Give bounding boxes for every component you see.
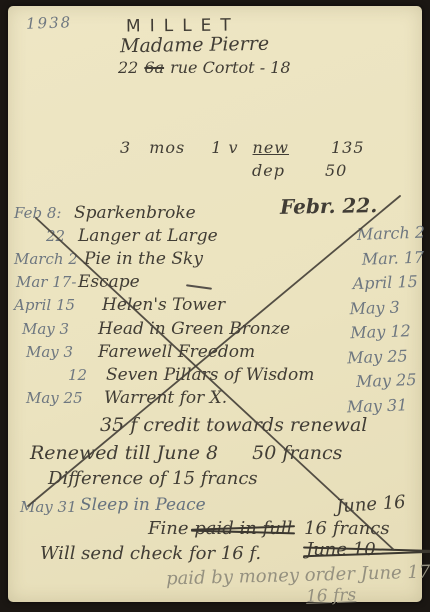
renewal-text: Renewed till June 8 [30, 442, 218, 464]
book-title: Langer at Large [78, 226, 218, 246]
member-name: Madame Pierre [120, 33, 269, 58]
borrow-date: March 2 [14, 250, 84, 268]
term-fee: 135 [331, 138, 365, 157]
borrow-date: May 25 [26, 389, 104, 407]
term-volumes: 1 v [211, 138, 238, 157]
subscription-terms-row: 3mos1 vnew135 [120, 138, 365, 157]
fine-struck-text: paid in full [194, 518, 292, 539]
borrow-date: 22 [46, 227, 78, 245]
term-plan: new [253, 138, 289, 157]
book-title: Head in Green Bronze [98, 319, 290, 339]
deposit-row: dep50 [252, 161, 347, 180]
fine-note: Fine paid in full 16 francs [148, 518, 390, 539]
stray-pen-mark [186, 284, 212, 290]
deposit-value: 50 [325, 161, 347, 180]
borrow-row: Mar 17-Escape [16, 272, 140, 292]
borrow-row: 12Seven Pillars of Wisdom [68, 365, 314, 385]
fine-label: Fine [148, 518, 189, 539]
borrow-date: April 15 [14, 296, 102, 314]
book-title: Farewell Freedom [98, 342, 255, 362]
book-title: Sparkenbroke [74, 203, 196, 223]
borrow-date: May 3 [26, 343, 98, 361]
book-title: Seven Pillars of Wisdom [106, 365, 314, 385]
term-months: 3 [120, 138, 131, 157]
difference-note: Difference of 15 francs [48, 468, 258, 489]
return-date: Mar. 17 [361, 247, 420, 274]
return-dates-column: March 2 Mar. 17 April 15 May 3 May 12 Ma… [345, 223, 426, 421]
library-lending-card: 1938 MILLET Madame Pierre 226arue Cortot… [8, 6, 422, 602]
address-street: rue Cortot - 18 [170, 58, 290, 77]
year-label: 1938 [26, 13, 73, 33]
borrow-date: 12 [68, 366, 106, 384]
book-title: Sleep in Peace [80, 495, 206, 515]
return-date: May 12 [350, 321, 423, 348]
borrow-row: Feb 8:Sparkenbroke [14, 203, 196, 223]
borrow-date: May 31 [20, 498, 77, 516]
term-months-label: mos [149, 138, 185, 157]
subscription-date: Febr. 22. [280, 193, 378, 219]
deposit-label: dep [252, 161, 285, 180]
return-date: May 25 [347, 345, 424, 372]
renewal-amount: 50 francs [252, 442, 342, 464]
borrow-row: 22Langer at Large [46, 226, 218, 246]
return-date: June 16 [335, 492, 406, 518]
renewal-note: Renewed till June 850 francs [30, 442, 342, 464]
check-struck-date: June 10 [306, 539, 430, 560]
borrow-row: May 3Farewell Freedom [26, 342, 255, 362]
borrow-row: May 25Warrent for X. [26, 388, 227, 408]
book-title: Pie in the Sky [84, 249, 203, 269]
payment-note: paid by money order June 17 [166, 562, 430, 590]
return-date: March 2 [357, 223, 420, 250]
return-date: May 3 [349, 296, 422, 323]
borrow-row: April 15Helen's Tower [14, 295, 225, 315]
address-struck-part: 6a [144, 58, 164, 77]
credit-note: 35 f credit towards renewal [100, 414, 367, 436]
book-title: Escape [78, 272, 140, 292]
member-address: 226arue Cortot - 18 [118, 58, 291, 77]
borrow-row: May 3Head in Green Bronze [22, 319, 290, 339]
address-number: 22 [118, 58, 138, 77]
fine-amount: 16 francs [304, 518, 390, 539]
book-title: Warrent for X. [104, 388, 227, 408]
borrow-date: Feb 8: [14, 204, 74, 222]
return-date: May 25 [356, 370, 425, 397]
borrow-date: May 3 [22, 320, 98, 338]
book-title: Helen's Tower [102, 295, 225, 315]
borrow-date: Mar 17- [16, 273, 78, 291]
borrow-row: March 2Pie in the Sky [14, 249, 203, 269]
payment-amount: 16 frs [306, 585, 357, 607]
return-date: April 15 [352, 272, 421, 299]
check-note: Will send check for 16 f. [40, 543, 261, 564]
